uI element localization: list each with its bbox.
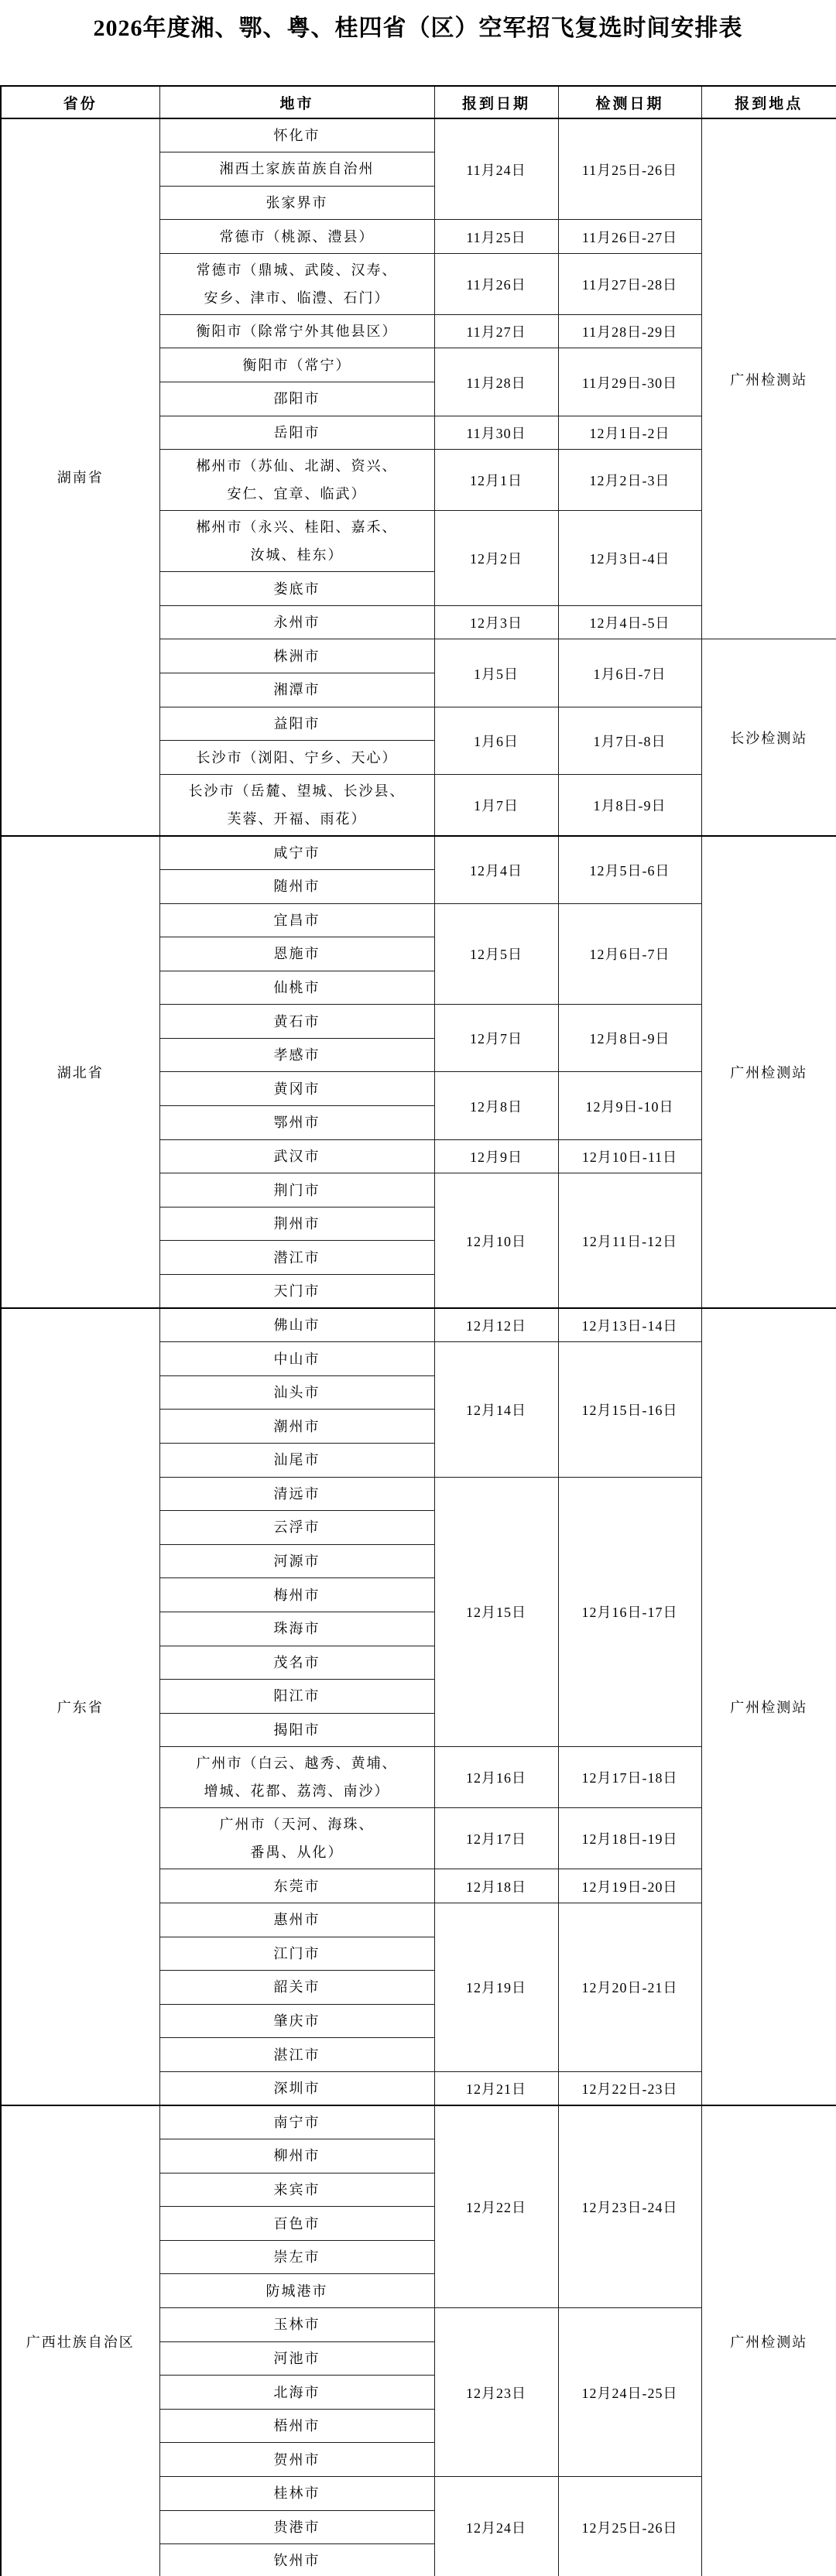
table-row: 湖北省咸宁市12月4日12月5日-6日广州检测站 bbox=[1, 836, 836, 870]
report-date-cell: 11月26日 bbox=[434, 253, 558, 314]
report-date-cell: 12月8日 bbox=[434, 1072, 558, 1139]
city-cell: 娄底市 bbox=[159, 572, 434, 606]
table-body: 湖南省怀化市11月24日11月25日-26日广州检测站湘西土家族苗族自治州张家界… bbox=[1, 118, 836, 2576]
city-cell: 怀化市 bbox=[159, 118, 434, 152]
report-date-cell: 1月7日 bbox=[434, 774, 558, 836]
city-cell: 天门市 bbox=[159, 1275, 434, 1309]
city-cell: 常德市（桃源、澧县） bbox=[159, 220, 434, 254]
city-cell: 衡阳市（除常宁外其他县区） bbox=[159, 314, 434, 348]
report-date-cell: 12月16日 bbox=[434, 1747, 558, 1808]
test-date-cell: 12月22日-23日 bbox=[558, 2071, 701, 2105]
col-header-station: 报到地点 bbox=[701, 86, 836, 118]
test-date-cell: 11月27日-28日 bbox=[558, 253, 701, 314]
report-date-cell: 11月25日 bbox=[434, 220, 558, 254]
test-date-cell: 12月18日-19日 bbox=[558, 1808, 701, 1869]
schedule-table: 省份 地市 报到日期 检测日期 报到地点 湖南省怀化市11月24日11月25日-… bbox=[0, 85, 836, 2576]
report-date-cell: 12月12日 bbox=[434, 1308, 558, 1342]
city-cell: 郴州市（苏仙、北湖、资兴、 安仁、宜章、临武） bbox=[159, 450, 434, 511]
city-cell: 湘西土家族苗族自治州 bbox=[159, 152, 434, 187]
station-cell: 广州检测站 bbox=[701, 2105, 836, 2576]
test-date-cell: 1月7日-8日 bbox=[558, 707, 701, 774]
test-date-cell: 12月6日-7日 bbox=[558, 903, 701, 1005]
city-cell: 汕头市 bbox=[159, 1375, 434, 1410]
province-cell: 湖北省 bbox=[1, 836, 159, 1308]
report-date-cell: 12月21日 bbox=[434, 2071, 558, 2105]
table-row: 广西壮族自治区南宁市12月22日12月23日-24日广州检测站 bbox=[1, 2105, 836, 2139]
test-date-cell: 11月29日-30日 bbox=[558, 348, 701, 416]
city-cell: 益阳市 bbox=[159, 707, 434, 741]
page-title: 2026年度湘、鄂、粤、桂四省（区）空军招飞复选时间安排表 bbox=[0, 0, 836, 46]
city-cell: 深圳市 bbox=[159, 2071, 434, 2105]
test-date-cell: 12月15日-16日 bbox=[558, 1342, 701, 1477]
city-cell: 长沙市（浏阳、宁乡、天心） bbox=[159, 741, 434, 775]
city-cell: 孝感市 bbox=[159, 1038, 434, 1072]
city-cell: 湘潭市 bbox=[159, 673, 434, 707]
city-cell: 汕尾市 bbox=[159, 1444, 434, 1478]
test-date-cell: 12月13日-14日 bbox=[558, 1308, 701, 1342]
report-date-cell: 12月17日 bbox=[434, 1808, 558, 1869]
station-cell: 广州检测站 bbox=[701, 836, 836, 1308]
report-date-cell: 11月30日 bbox=[434, 416, 558, 450]
report-date-cell: 12月23日 bbox=[434, 2308, 558, 2477]
province-cell: 广西壮族自治区 bbox=[1, 2105, 159, 2576]
station-cell: 广州检测站 bbox=[701, 1308, 836, 2105]
col-header-city: 地市 bbox=[159, 86, 434, 118]
test-date-cell: 12月19日-20日 bbox=[558, 1869, 701, 1903]
city-cell: 百色市 bbox=[159, 2207, 434, 2241]
page: 2026年度湘、鄂、粤、桂四省（区）空军招飞复选时间安排表 省份 地市 报到日期… bbox=[0, 0, 836, 2576]
city-cell: 梧州市 bbox=[159, 2409, 434, 2443]
city-cell: 永州市 bbox=[159, 605, 434, 639]
city-cell: 湛江市 bbox=[159, 2038, 434, 2072]
test-date-cell: 11月28日-29日 bbox=[558, 314, 701, 348]
test-date-cell: 12月1日-2日 bbox=[558, 416, 701, 450]
test-date-cell: 11月26日-27日 bbox=[558, 220, 701, 254]
test-date-cell: 12月2日-3日 bbox=[558, 450, 701, 511]
test-date-cell: 12月10日-11日 bbox=[558, 1139, 701, 1173]
city-cell: 柳州市 bbox=[159, 2139, 434, 2173]
city-cell: 佛山市 bbox=[159, 1308, 434, 1342]
city-cell: 玉林市 bbox=[159, 2308, 434, 2342]
city-cell: 珠海市 bbox=[159, 1612, 434, 1646]
test-date-cell: 12月5日-6日 bbox=[558, 836, 701, 903]
report-date-cell: 1月5日 bbox=[434, 639, 558, 707]
report-date-cell: 12月22日 bbox=[434, 2105, 558, 2308]
test-date-cell: 12月23日-24日 bbox=[558, 2105, 701, 2308]
province-cell: 广东省 bbox=[1, 1308, 159, 2105]
table-row: 湖南省怀化市11月24日11月25日-26日广州检测站 bbox=[1, 118, 836, 152]
test-date-cell: 11月25日-26日 bbox=[558, 118, 701, 220]
test-date-cell: 12月4日-5日 bbox=[558, 605, 701, 639]
report-date-cell: 12月19日 bbox=[434, 1903, 558, 2071]
report-date-cell: 11月24日 bbox=[434, 118, 558, 220]
city-cell: 潜江市 bbox=[159, 1241, 434, 1275]
report-date-cell: 12月1日 bbox=[434, 450, 558, 511]
city-cell: 来宾市 bbox=[159, 2173, 434, 2207]
city-cell: 黄冈市 bbox=[159, 1072, 434, 1106]
city-cell: 韶关市 bbox=[159, 1971, 434, 2005]
report-date-cell: 12月7日 bbox=[434, 1005, 558, 1072]
report-date-cell: 12月18日 bbox=[434, 1869, 558, 1903]
city-cell: 云浮市 bbox=[159, 1511, 434, 1545]
test-date-cell: 12月24日-25日 bbox=[558, 2308, 701, 2477]
province-cell: 湖南省 bbox=[1, 118, 159, 836]
report-date-cell: 12月5日 bbox=[434, 903, 558, 1005]
city-cell: 常德市（鼎城、武陵、汉寿、 安乡、津市、临澧、石门） bbox=[159, 253, 434, 314]
city-cell: 黄石市 bbox=[159, 1005, 434, 1039]
col-header-test-date: 检测日期 bbox=[558, 86, 701, 118]
city-cell: 梅州市 bbox=[159, 1578, 434, 1612]
test-date-cell: 12月3日-4日 bbox=[558, 511, 701, 606]
city-cell: 贵港市 bbox=[159, 2510, 434, 2544]
header-row: 省份 地市 报到日期 检测日期 报到地点 bbox=[1, 86, 836, 118]
report-date-cell: 11月27日 bbox=[434, 314, 558, 348]
city-cell: 肇庆市 bbox=[159, 2004, 434, 2038]
report-date-cell: 11月28日 bbox=[434, 348, 558, 416]
city-cell: 潮州市 bbox=[159, 1410, 434, 1444]
test-date-cell: 1月8日-9日 bbox=[558, 774, 701, 836]
station-cell: 长沙检测站 bbox=[701, 639, 836, 836]
city-cell: 钦州市 bbox=[159, 2544, 434, 2576]
city-cell: 东莞市 bbox=[159, 1869, 434, 1903]
report-date-cell: 12月24日 bbox=[434, 2477, 558, 2576]
city-cell: 鄂州市 bbox=[159, 1106, 434, 1140]
table-row: 广东省佛山市12月12日12月13日-14日广州检测站 bbox=[1, 1308, 836, 1342]
city-cell: 江门市 bbox=[159, 1937, 434, 1971]
city-cell: 荆州市 bbox=[159, 1207, 434, 1241]
station-cell: 广州检测站 bbox=[701, 118, 836, 639]
report-date-cell: 12月9日 bbox=[434, 1139, 558, 1173]
city-cell: 清远市 bbox=[159, 1477, 434, 1511]
city-cell: 防城港市 bbox=[159, 2274, 434, 2308]
test-date-cell: 12月11日-12日 bbox=[558, 1173, 701, 1308]
city-cell: 荆门市 bbox=[159, 1173, 434, 1207]
city-cell: 恩施市 bbox=[159, 937, 434, 971]
city-cell: 中山市 bbox=[159, 1342, 434, 1376]
report-date-cell: 12月4日 bbox=[434, 836, 558, 903]
test-date-cell: 12月20日-21日 bbox=[558, 1903, 701, 2071]
city-cell: 崇左市 bbox=[159, 2240, 434, 2274]
city-cell: 宜昌市 bbox=[159, 903, 434, 937]
city-cell: 郴州市（永兴、桂阳、嘉禾、 汝城、桂东） bbox=[159, 511, 434, 572]
city-cell: 仙桃市 bbox=[159, 971, 434, 1005]
report-date-cell: 12月15日 bbox=[434, 1477, 558, 1747]
city-cell: 武汉市 bbox=[159, 1139, 434, 1173]
city-cell: 株洲市 bbox=[159, 639, 434, 673]
city-cell: 衡阳市（常宁） bbox=[159, 348, 434, 382]
report-date-cell: 1月6日 bbox=[434, 707, 558, 774]
city-cell: 咸宁市 bbox=[159, 836, 434, 870]
report-date-cell: 12月2日 bbox=[434, 511, 558, 606]
city-cell: 广州市（白云、越秀、黄埔、 增城、花都、荔湾、南沙） bbox=[159, 1747, 434, 1808]
test-date-cell: 12月8日-9日 bbox=[558, 1005, 701, 1072]
city-cell: 茂名市 bbox=[159, 1646, 434, 1680]
city-cell: 北海市 bbox=[159, 2376, 434, 2410]
city-cell: 南宁市 bbox=[159, 2105, 434, 2139]
city-cell: 随州市 bbox=[159, 869, 434, 903]
test-date-cell: 12月9日-10日 bbox=[558, 1072, 701, 1139]
test-date-cell: 1月6日-7日 bbox=[558, 639, 701, 707]
city-cell: 惠州市 bbox=[159, 1903, 434, 1937]
city-cell: 张家界市 bbox=[159, 186, 434, 220]
report-date-cell: 12月10日 bbox=[434, 1173, 558, 1308]
city-cell: 邵阳市 bbox=[159, 382, 434, 416]
city-cell: 阳江市 bbox=[159, 1680, 434, 1714]
test-date-cell: 12月25日-26日 bbox=[558, 2477, 701, 2576]
report-date-cell: 12月3日 bbox=[434, 605, 558, 639]
city-cell: 贺州市 bbox=[159, 2443, 434, 2477]
report-date-cell: 12月14日 bbox=[434, 1342, 558, 1477]
city-cell: 桂林市 bbox=[159, 2477, 434, 2511]
test-date-cell: 12月16日-17日 bbox=[558, 1477, 701, 1747]
city-cell: 揭阳市 bbox=[159, 1713, 434, 1747]
test-date-cell: 12月17日-18日 bbox=[558, 1747, 701, 1808]
city-cell: 河源市 bbox=[159, 1544, 434, 1578]
city-cell: 岳阳市 bbox=[159, 416, 434, 450]
city-cell: 广州市（天河、海珠、 番禺、从化） bbox=[159, 1808, 434, 1869]
col-header-province: 省份 bbox=[1, 86, 159, 118]
city-cell: 长沙市（岳麓、望城、长沙县、 芙蓉、开福、雨花） bbox=[159, 774, 434, 836]
col-header-report-date: 报到日期 bbox=[434, 86, 558, 118]
city-cell: 河池市 bbox=[159, 2341, 434, 2376]
